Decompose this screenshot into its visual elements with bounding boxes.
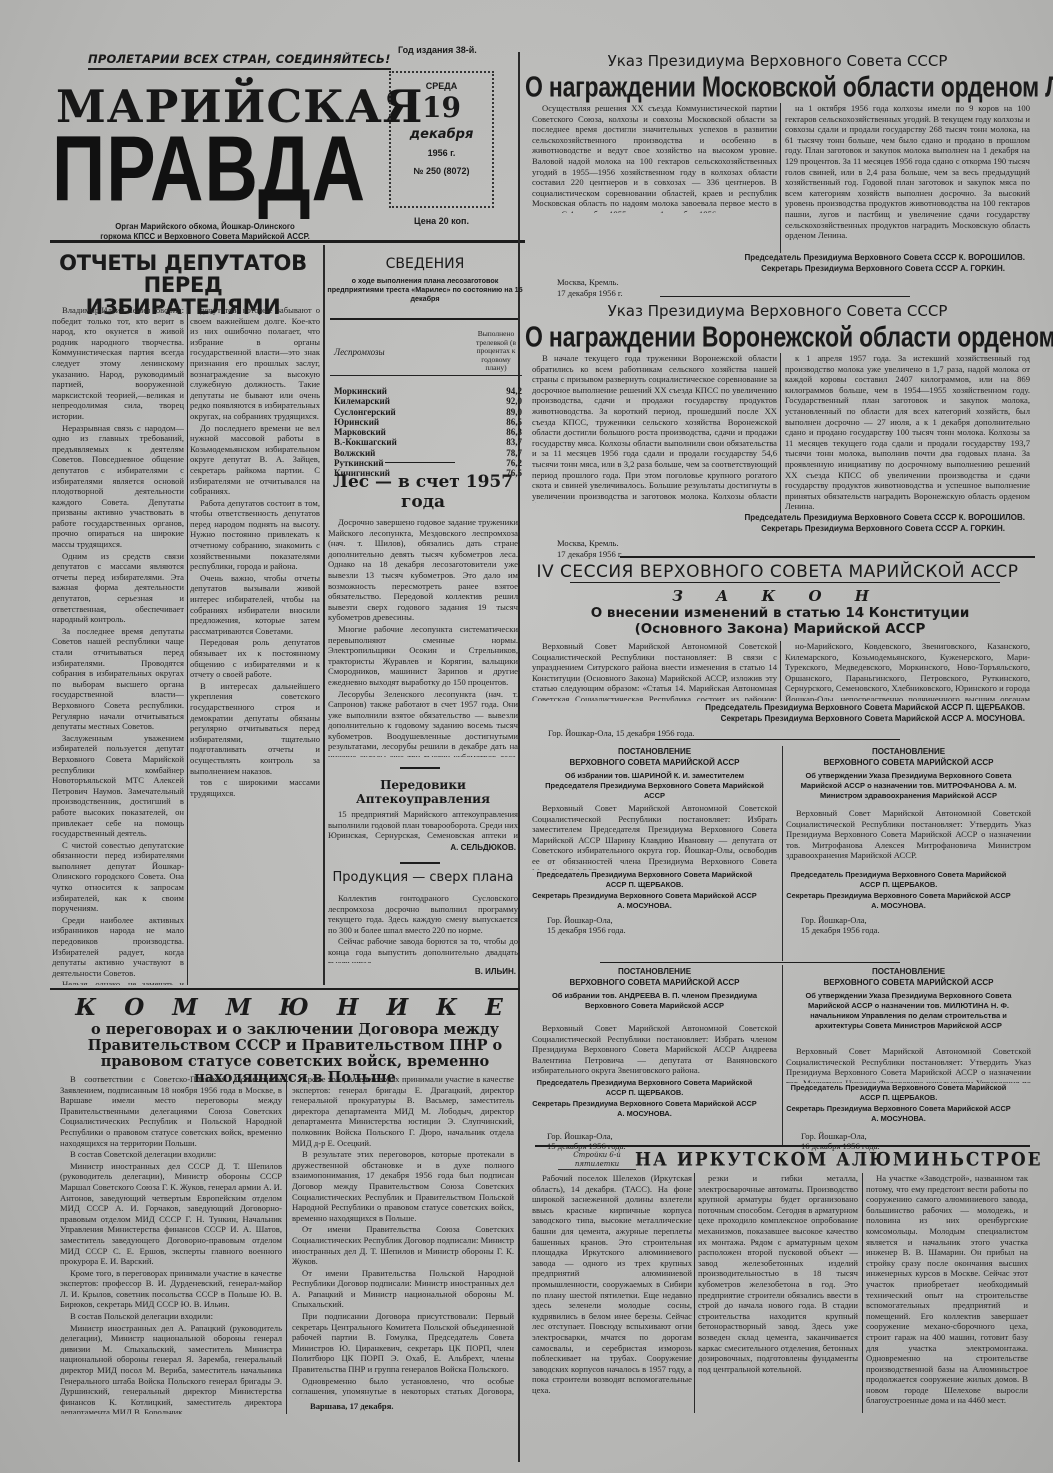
resolution-issuer: ВЕРХОВНОГО СОВЕТА МАРИЙСКОЙ АССР [532, 977, 777, 988]
svedenia-title: СВЕДЕНИЯ [330, 256, 520, 272]
year: 1956 г. [391, 148, 492, 158]
percent-value: 94,2 [506, 386, 522, 396]
les-headline: Лес — в счет 1957 года [328, 472, 518, 512]
kommunike-title: К О М М Ю Н И К Е [60, 994, 528, 1021]
paragraph: Владимир Ильич Ленин говорил: победит то… [52, 305, 184, 422]
les-body: Досрочно завершено годовое задание труже… [328, 517, 518, 757]
resolution-subject: Об утверждении Указа Президиума Верховно… [796, 991, 1021, 1031]
paragraph: При подписании Договора присутствовали: … [292, 1311, 514, 1375]
resolution-kicker: ПОСТАНОВЛЕНИЕ [532, 966, 777, 977]
divider [570, 582, 1000, 583]
svedenia-subtitle: о ходе выполнения плана лесозаготовок пр… [325, 276, 525, 303]
percent-value: 76,2 [506, 458, 522, 468]
resolution-date: 15 декабря 1956 года. [547, 925, 626, 936]
column-divider [780, 353, 781, 513]
paragraph: Одновременно было установлено, что особы… [292, 1376, 514, 1399]
column-header: Выполнено трелевкой (в процентах к годов… [470, 330, 522, 373]
paragraph: резки и гибки металла, электросварочные … [698, 1173, 858, 1374]
paragraph: На участке «Заводстрой», названном так п… [866, 1173, 1028, 1406]
masthead-organ: Орган Марийского обкома, Йошкар-Олинског… [100, 222, 310, 242]
paragraph: Неразрывная связь с народом—одно из глав… [52, 423, 184, 550]
divider [600, 962, 900, 963]
resolution-subject: Об избрании тов. АНДРЕЕВА В. П. членом П… [542, 991, 767, 1011]
ukaz-moscow-kicker: Указ Президиума Верховного Совета СССР [525, 52, 1030, 70]
enterprise-name: Волжский [334, 448, 375, 458]
table-row: Волжский78,7 [330, 448, 522, 458]
paragraph: Верховный Совет Марийской Автономной Сов… [532, 641, 777, 701]
production-headline: Продукция — сверх плана [328, 870, 518, 885]
month: декабря [391, 127, 492, 142]
paragraph: Досрочно завершено годовое задание труже… [328, 517, 518, 623]
divider [50, 988, 520, 990]
paragraph: В интересах дальнейшего укрепления совет… [190, 681, 320, 776]
ukaz-moscow-col1: Осуществляя решения XX съезда Коммунисти… [532, 103, 777, 213]
resolution-date: 15 декабря 1956 года. [801, 925, 880, 936]
table-row: Юринский86,5 [330, 417, 522, 427]
ukaz-voronezh-headline: О награждении Воронежской области ордено… [525, 320, 1030, 354]
paragraph: Сейчас рабочие завода борются за то, что… [328, 936, 518, 963]
ukaz-voronezh-place: Москва, Кремль. [557, 538, 619, 549]
irkutsk-rubric: Стройки 6-й пятилетки [558, 1151, 636, 1170]
divider [400, 767, 440, 769]
table-row: Моркинский94,2 [330, 386, 522, 396]
percent-value: 86,3 [506, 427, 522, 437]
paragraph: Заслуженным уважением избирателей пользу… [52, 733, 184, 839]
masthead-title-line2: ПРАВДА [52, 124, 344, 214]
resolution-subject: Об утверждении Указа Президиума Верховно… [796, 771, 1021, 801]
paragraph: Кроме того, в переговорах принимали учас… [292, 1074, 514, 1148]
paragraph: к 1 апреля 1957 года. За истекший хозяйс… [785, 353, 1030, 512]
column-divider [187, 305, 188, 985]
column-divider [694, 1173, 695, 1413]
paragraph: В состав Советской делегации входили: [60, 1149, 282, 1160]
divider [655, 739, 900, 740]
paragraph: тов с широкими массами трудящихся. [190, 777, 320, 798]
ukaz-voronezh-kicker: Указ Президиума Верховного Совета СССР [525, 302, 1030, 320]
paragraph: От имени Правительства Союза Советских С… [292, 1224, 514, 1266]
irkutsk-col1: Рабочий поселок Шелехов (Иркутская облас… [532, 1173, 692, 1413]
resolution-body: Верховный Совет Марийской Автономной Сов… [532, 1023, 777, 1078]
enterprise-name: В.-Кокшагский [334, 437, 397, 447]
paragraph: За последнее время депутаты Советов наше… [52, 626, 184, 732]
day-number: 19 [391, 91, 492, 125]
percent-value: 83,7 [506, 437, 522, 447]
resolution-body: Верховный Совет Марийской Автономной Сов… [786, 1046, 1031, 1083]
paragraph: Передовая роль депутатов обязывает их к … [190, 637, 320, 679]
year-of-issue: Год издания 38-й. [398, 45, 477, 55]
resolution-signature2: Секретарь Президиума Верховного Совета М… [786, 1104, 1011, 1124]
enterprise-name: Килемарский [334, 396, 390, 406]
resolution-subject: Об избрании тов. ШАРИНОЙ К. И. заместите… [542, 771, 767, 801]
law-col1: Верховный Совет Марийской Автономной Сов… [532, 641, 777, 701]
masthead-slogan: ПРОЛЕТАРИИ ВСЕХ СТРАН, СОЕДИНЯЙТЕСЬ! [88, 52, 391, 70]
enterprise-name: Марковский [334, 427, 386, 437]
percent-value: 78,7 [506, 448, 522, 458]
paragraph: Одним из средств связи депутатов с масса… [52, 551, 184, 625]
resolution-kicker: ПОСТАНОВЛЕНИЕ [786, 966, 1031, 977]
ukaz-moscow-signature1: Председатель Президиума Верховного Совет… [560, 252, 1025, 263]
paragraph: С чистой совестью депутатские обязанност… [52, 840, 184, 914]
kommunike-col1: В соответствии с Советско-Польским Совме… [60, 1074, 282, 1414]
price: Цена 20 коп. [389, 216, 494, 226]
ukaz-moscow-signature2: Секретарь Президиума Верховного Совета С… [560, 263, 1005, 274]
paragraph: Верховный Совет Марийской Автономной Сов… [532, 1023, 777, 1076]
law-signature1: Председатель Президиума Верховного Совет… [560, 702, 1025, 713]
table-row: В.-Кокшагский83,7 [330, 437, 522, 447]
ukaz-voronezh-col1: В начале текущего года труженики Воронеж… [532, 353, 777, 503]
percent-value: 89,0 [506, 407, 522, 417]
column-divider [780, 641, 781, 701]
resolution-body: Верховный Совет Марийской Автономной Сов… [786, 808, 1031, 870]
law-col2: но-Марийского, Ковдевского, Звениговског… [785, 641, 1030, 701]
ukaz-moscow-date: 17 декабря 1956 г. [557, 288, 623, 299]
divider [535, 1145, 1030, 1147]
enterprise-name: Юринский [334, 417, 379, 427]
paragraph: Лесорубы Зеленского лесопункта (нач. т. … [328, 689, 518, 758]
ukaz-moscow-col2: на 1 октября 1956 года колхозы имели по … [785, 103, 1030, 253]
paragraph: Нельзя, однако, не замечать и таких [52, 979, 184, 985]
paragraph: От имени Правительства Польской Народной… [292, 1268, 514, 1310]
paragraph: В результате этих переговоров, которые п… [292, 1149, 514, 1223]
column-divider [782, 746, 783, 961]
paragraph: Верховный Совет Марийской Автономной Сов… [532, 803, 777, 870]
paragraph: депутатов, которые забывают о своем важн… [190, 305, 320, 422]
law-signature2: Секретарь Президиума Верховного Совета М… [560, 713, 1025, 724]
reports-col1: Владимир Ильич Ленин говорил: победит то… [52, 305, 184, 985]
law-place-date: Гор. Йошкар-Ола, 15 декабря 1956 года. [548, 728, 694, 739]
ukaz-moscow-headline: О награждении Московской области орденом… [525, 70, 1030, 104]
resolution-issuer: ВЕРХОВНОГО СОВЕТА МАРИЙСКОЙ АССР [786, 977, 1031, 988]
paragraph: Очень важно, чтобы отчеты депутатов вызы… [190, 573, 320, 637]
paragraph: Верховный Совет Марийской Автономной Сов… [786, 1046, 1031, 1083]
paragraph: В соответствии с Советско-Польским Совме… [60, 1074, 282, 1148]
enterprise-name: Моркинский [334, 386, 387, 396]
divider [660, 296, 910, 297]
enterprise-name: Руткинский [334, 458, 384, 468]
resolution-issuer: ВЕРХОВНОГО СОВЕТА МАРИЙСКОЙ АССР [532, 757, 777, 768]
column-divider [782, 965, 783, 1145]
weekday: СРЕДА [391, 81, 492, 91]
paragraph: В состав Польской делегации входили: [60, 1311, 282, 1322]
newspaper-page: ПРОЛЕТАРИИ ВСЕХ СТРАН, СОЕДИНЯЙТЕСЬ! МАР… [0, 0, 1053, 1473]
law-title: З А К О Н [525, 587, 1030, 605]
paragraph: Министр иностранных дел А. Рапацкий (рук… [60, 1323, 282, 1414]
paragraph: Министр иностранных дел СССР Д. Т. Шепил… [60, 1161, 282, 1267]
table-row: Килемарский92,0 [330, 396, 522, 406]
resolution-signature1: Председатель Президиума Верховного Совет… [532, 870, 757, 890]
paragraph: Коллектив гонтодраного Сусловского леспр… [328, 893, 518, 935]
column-divider [323, 245, 325, 985]
table-row: Суслонгерский89,0 [330, 407, 522, 417]
production-author: В. ИЛЬИН. [328, 966, 516, 977]
irkutsk-col2: резки и гибки металла, электросварочные … [698, 1173, 858, 1413]
production-body: Коллектив гонтодраного Сусловского леспр… [328, 893, 518, 963]
kommunike-place-date: Варшава, 17 декабря. [310, 1401, 394, 1412]
column-header: Леспромхозы [330, 347, 385, 357]
apteka-body: 15 предприятий Марийского аптекоуправлен… [328, 809, 518, 841]
apteka-headline: Передовики Аптекоуправления [328, 778, 518, 806]
resolution-signature1: Председатель Президиума Верховного Совет… [786, 870, 1011, 890]
paragraph: До последнего времени не вел нужной масс… [190, 423, 320, 497]
paragraph: Кроме того, в переговорах принимали учас… [60, 1268, 282, 1310]
table-row: Руткинский76,2 [330, 458, 522, 468]
resolution-signature2: Секретарь Президиума Верховного Совета М… [532, 1099, 757, 1119]
percent-value: 92,0 [506, 396, 522, 406]
resolution-kicker: ПОСТАНОВЛЕНИЕ [532, 746, 777, 757]
date-box: СРЕДА 19 декабря 1956 г. № 250 (8072) [389, 71, 494, 208]
paragraph: Среди наиболее активных избранников наро… [52, 915, 184, 979]
table-top-rule [330, 318, 518, 320]
law-subtitle: О внесении изменений в статью 14 Констит… [560, 605, 1000, 637]
resolution-body: Верховный Совет Марийской Автономной Сов… [532, 803, 777, 870]
reports-col2: депутатов, которые забывают о своем важн… [190, 305, 320, 985]
enterprise-name: Суслонгерский [334, 407, 396, 417]
paragraph: 15 предприятий Марийского аптекоуправлен… [328, 809, 518, 841]
issue-number: № 250 (8072) [391, 166, 492, 176]
column-divider [862, 1173, 863, 1413]
svedenia-table: Леспромхозы Выполнено трелевкой (в проце… [330, 330, 522, 479]
column-divider [780, 103, 781, 253]
resolution-signature1: Председатель Президиума Верховного Совет… [532, 1078, 757, 1098]
column-divider [286, 1074, 287, 1414]
table-body: Моркинский94,2Килемарский92,0Суслонгерск… [330, 386, 522, 479]
percent-value: 86,5 [506, 417, 522, 427]
paragraph: Рабочий поселок Шелехов (Иркутская облас… [532, 1173, 692, 1395]
paragraph: Многие рабочие лесопункта систематически… [328, 624, 518, 688]
table-header: Леспромхозы Выполнено трелевкой (в проце… [330, 330, 522, 376]
paragraph: Верховный Совет Марийской Автономной Сов… [786, 808, 1031, 861]
ukaz-voronezh-col2: к 1 апреля 1957 года. За истекший хозяйс… [785, 353, 1030, 513]
ukaz-moscow-place: Москва, Кремль. [557, 277, 619, 288]
apteka-author: А. СЕЛЬДЮКОВ. [328, 842, 516, 853]
masthead-divider [50, 240, 525, 243]
paragraph: на 1 октября 1956 года колхозы имели по … [785, 103, 1030, 241]
divider [400, 862, 440, 864]
session-banner: IV СЕССИЯ ВЕРХОВНОГО СОВЕТА МАРИЙСКОЙ АС… [525, 562, 1030, 582]
ukaz-voronezh-signature1: Председатель Президиума Верховного Совет… [560, 512, 1025, 523]
resolution-signature1: Председатель Президиума Верховного Совет… [786, 1083, 1011, 1103]
paragraph: но-Марийского, Ковдевского, Звениговског… [785, 641, 1030, 701]
irkutsk-col3: На участке «Заводстрой», названном так п… [866, 1173, 1028, 1413]
paragraph: Работа депутатов состоит в том, чтобы от… [190, 498, 320, 572]
resolution-signature2: Секретарь Президиума Верховного Совета М… [532, 891, 757, 911]
ukaz-voronezh-date: 17 декабря 1956 г. [557, 549, 623, 560]
paragraph: В начале текущего года труженики Воронеж… [532, 353, 777, 503]
resolution-issuer: ВЕРХОВНОГО СОВЕТА МАРИЙСКОЙ АССР [786, 757, 1031, 768]
table-row: Марковский86,3 [330, 427, 522, 437]
paragraph: Осуществляя решения XX съезда Коммунисти… [532, 103, 777, 213]
irkutsk-headline: НА ИРКУТСКОМ АЛЮМИНЬСТРОЕ [635, 1149, 1043, 1171]
divider [620, 556, 1035, 558]
divider [385, 462, 455, 463]
resolution-signature2: Секретарь Президиума Верховного Совета М… [786, 891, 1011, 911]
kommunike-col2: Кроме того, в переговорах принимали учас… [292, 1074, 514, 1399]
ukaz-voronezh-signature2: Секретарь Президиума Верховного Совета С… [560, 523, 1005, 534]
resolution-kicker: ПОСТАНОВЛЕНИЕ [786, 746, 1031, 757]
